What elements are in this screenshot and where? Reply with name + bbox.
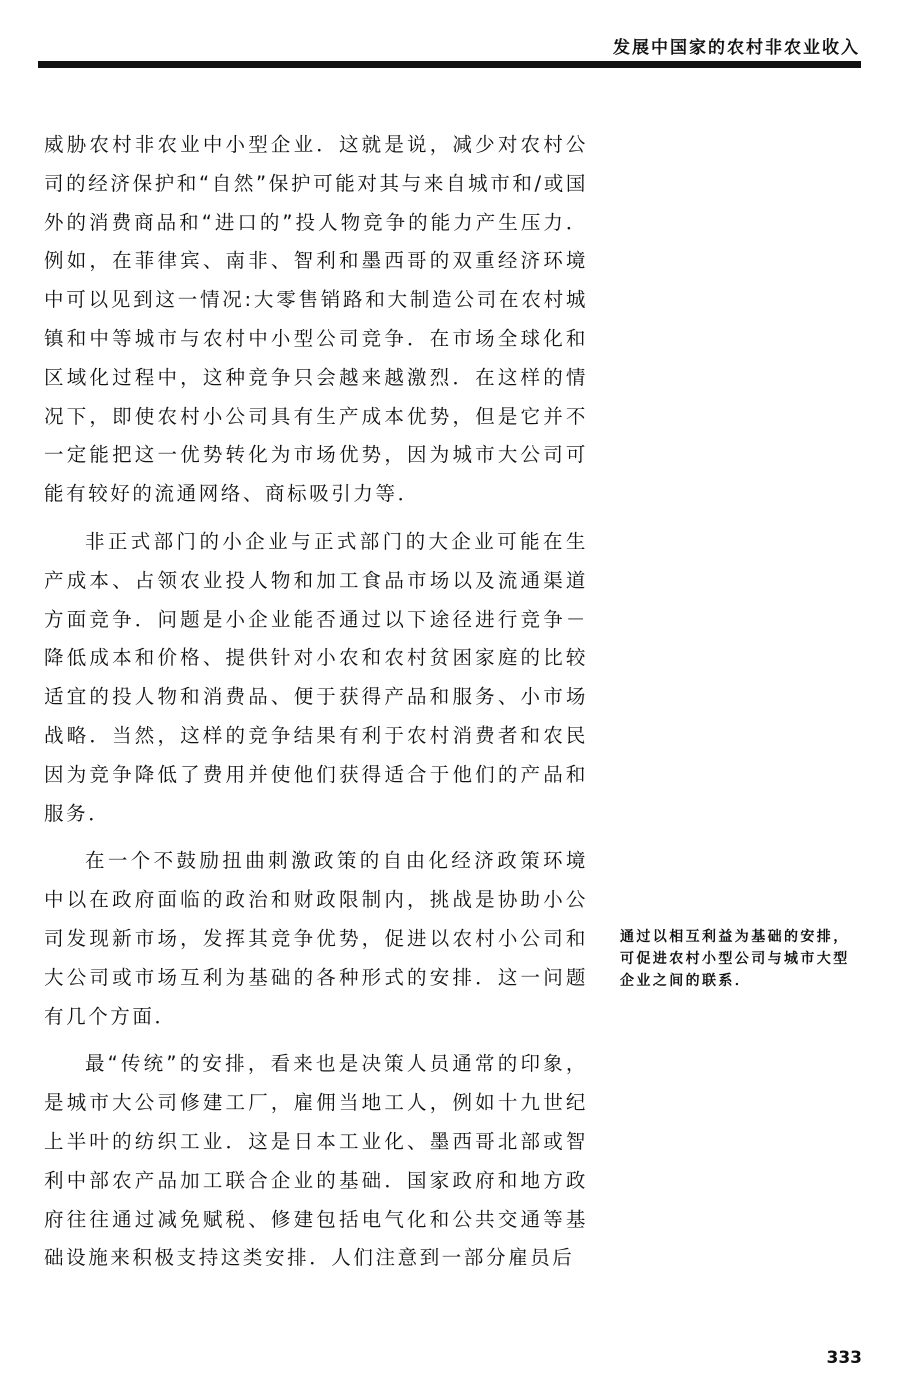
header-rule xyxy=(38,61,861,68)
paragraph: 最“传统”的安排，看来也是决策人员通常的印象，是城市大公司修建工厂，雇佣当地工人… xyxy=(44,1045,588,1278)
margin-note: 通过以相互利益为基础的安排，可促进农村小型公司与城市大型企业之间的联系． xyxy=(620,926,850,992)
body-text: 威胁农村非农业中小型企业．这就是说，减少对农村公司的经济保护和“自然”保护可能对… xyxy=(44,126,588,1287)
paragraph: 非正式部门的小企业与正式部门的大企业可能在生产成本、占领农业投人物和加工食品市场… xyxy=(44,523,588,833)
paragraph: 在一个不鼓励扭曲刺激政策的自由化经济政策环境中以在政府面临的政治和财政限制内，挑… xyxy=(44,842,588,1036)
paragraph-continued: 威胁农村非农业中小型企业．这就是说，减少对农村公司的经济保护和“自然”保护可能对… xyxy=(44,126,588,514)
page-number: 333 xyxy=(827,1348,863,1368)
running-header-title: 发展中国家的农村非农业收入 xyxy=(613,33,860,58)
